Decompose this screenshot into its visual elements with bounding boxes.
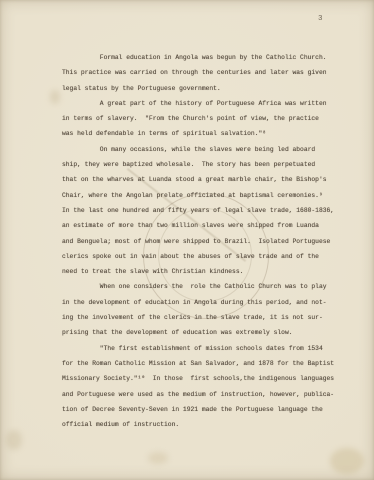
text-line: In the last one hundred and fifty years …: [62, 203, 362, 218]
text-line: tion of Decree Seventy-Seven in 1921 mad…: [62, 402, 362, 417]
text-line: This practice was carried on through the…: [62, 65, 362, 80]
text-line: "The first establishment of mission scho…: [62, 341, 362, 356]
text-line: Chair, where the Angolan prelate officia…: [62, 188, 362, 203]
paper-stain: [148, 452, 168, 464]
paper-stain: [6, 430, 22, 450]
text-line: When one considers the role the Catholic…: [62, 279, 362, 294]
text-line: clerics spoke out in vain about the abus…: [62, 249, 362, 264]
text-line: ship, they were baptized wholesale. The …: [62, 157, 362, 172]
text-line: prising that the development of educatio…: [62, 325, 362, 340]
text-line: official medium of instruction.: [62, 417, 362, 432]
text-line: and Portuguese were used as the medium o…: [62, 387, 362, 402]
text-line: in terms of slavery. "From the Church's …: [62, 111, 362, 126]
text-line: for the Roman Catholic Mission at San Sa…: [62, 356, 362, 371]
text-line: On many occasions, while the slaves were…: [62, 142, 362, 157]
text-line: Formal education in Angola was begun by …: [62, 50, 362, 65]
text-line: ing the involvement of the clerics in th…: [62, 310, 362, 325]
text-line: and Benguela; most of whom were shipped …: [62, 234, 362, 249]
text-line: Missionary Society."¹⁰ In those first sc…: [62, 371, 362, 386]
text-line: legal status by the Portuguese governmen…: [62, 81, 362, 96]
text-line: A great part of the history of Portugues…: [62, 96, 362, 111]
document-text-body: Formal education in Angola was begun by …: [62, 50, 362, 432]
paper-stain: [50, 90, 60, 104]
paper-stain: [330, 448, 364, 474]
text-line: that on the wharves at Luanda stood a gr…: [62, 172, 362, 187]
page-number: 3: [318, 15, 323, 23]
typewritten-document-page: 3 Formal education in Angola was begun b…: [0, 0, 374, 480]
text-line: need to treat the slave with Christian k…: [62, 264, 362, 279]
text-line: an estimate of more than two million sla…: [62, 218, 362, 233]
text-line: in the development of education in Angol…: [62, 295, 362, 310]
text-line: was held defendable in terms of spiritua…: [62, 126, 362, 141]
